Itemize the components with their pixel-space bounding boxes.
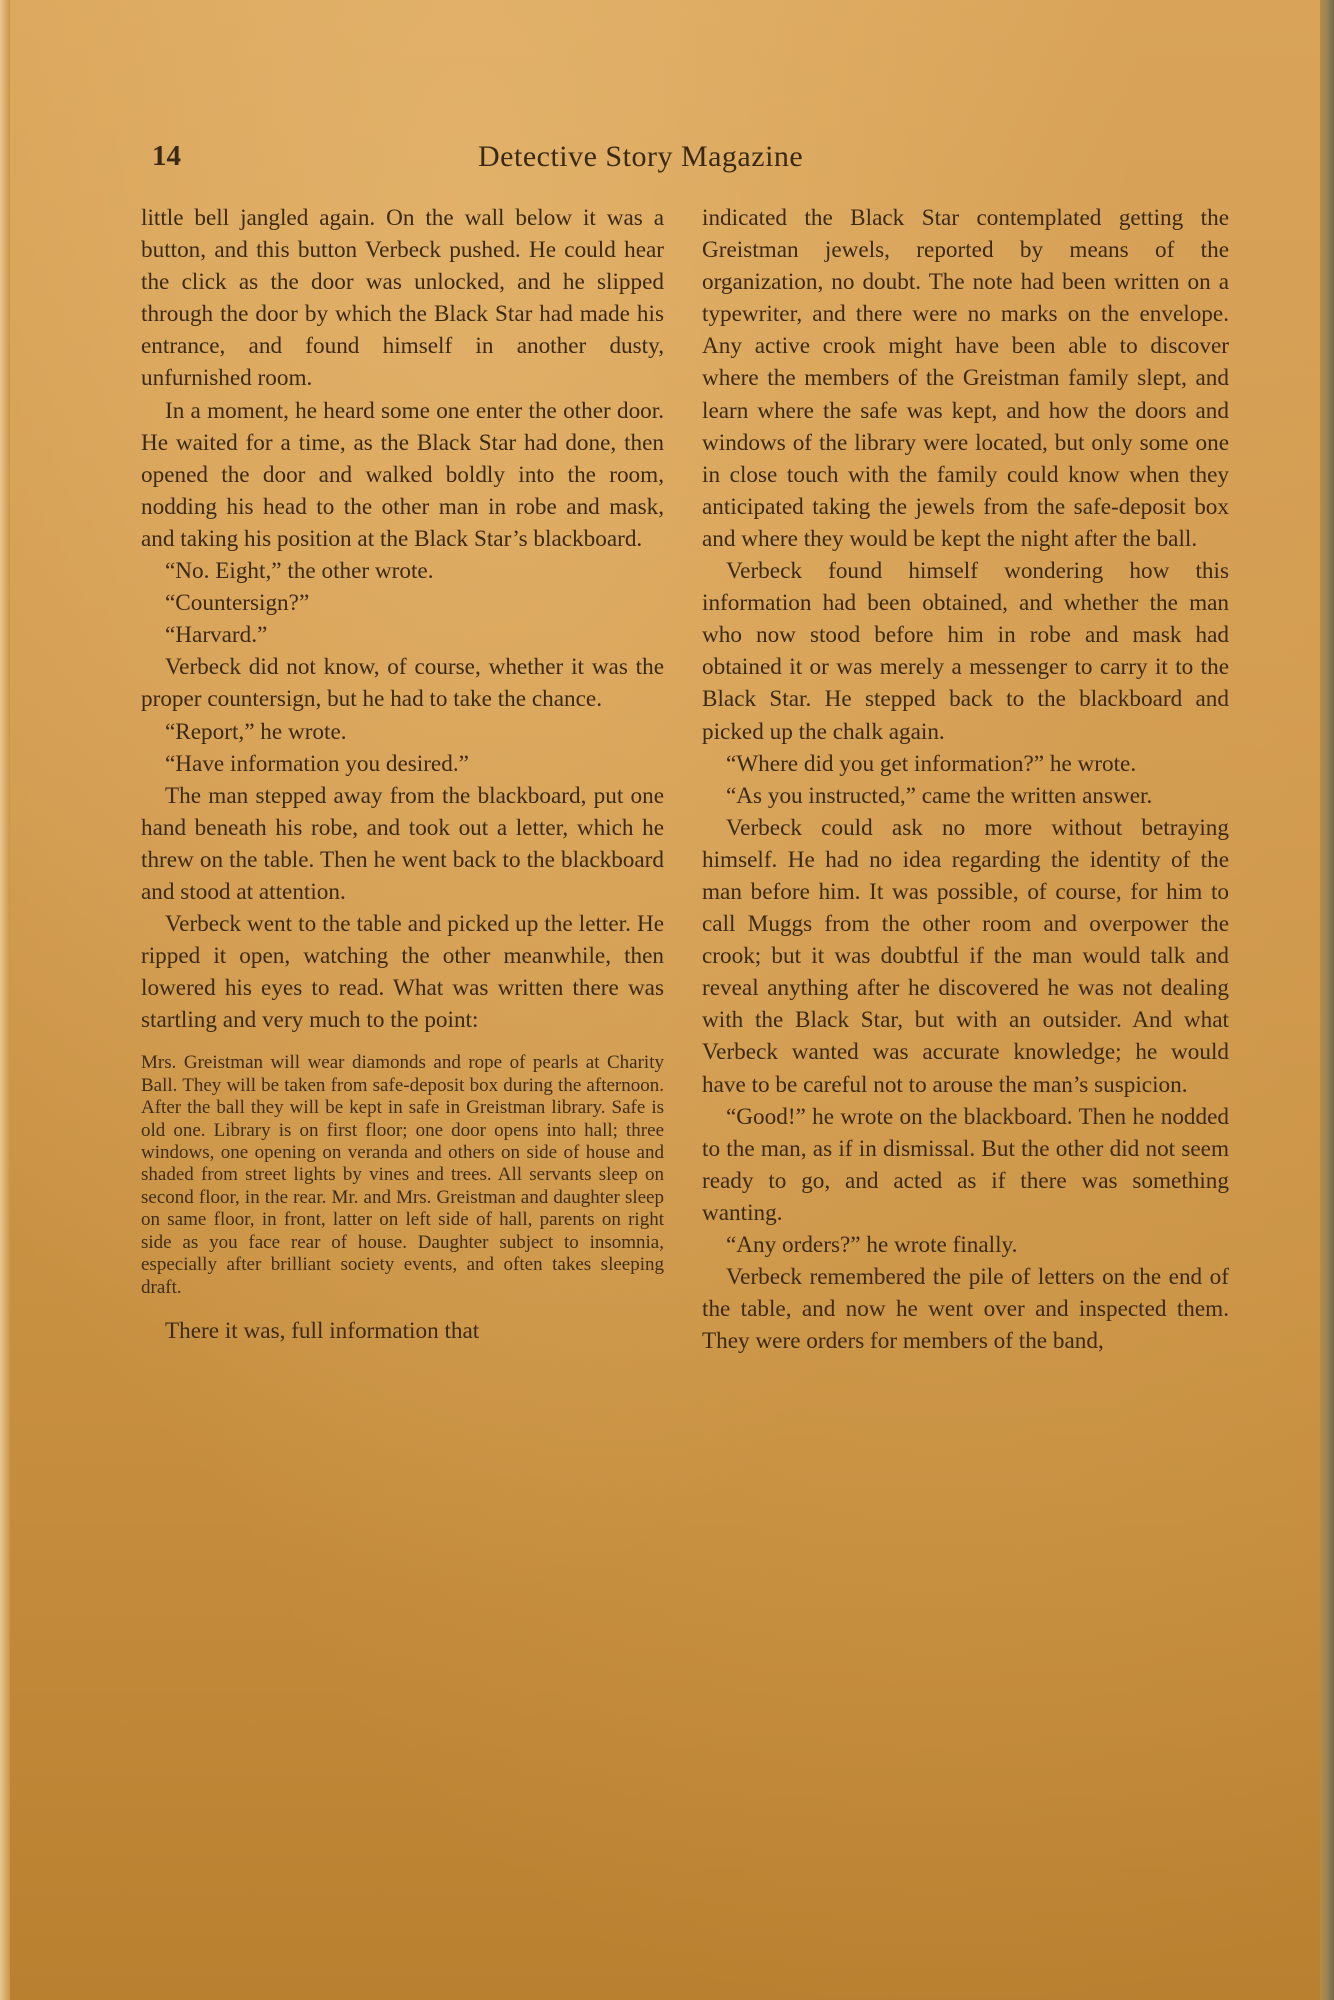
right-column: indicated the Black Star contemplated ge… — [702, 202, 1229, 1357]
paragraph: Verbeck did not know, of course, whether… — [141, 651, 664, 715]
dialogue-line: “Countersign?” — [141, 587, 664, 619]
dialogue-line: “Any orders?” he wrote finally. — [702, 1229, 1229, 1261]
paragraph: “Good!” he wrote on the blackboard. Then… — [702, 1101, 1229, 1229]
left-column: little bell jangled again. On the wall b… — [141, 202, 664, 1347]
paragraph: Verbeck could ask no more without betray… — [702, 812, 1229, 1101]
paragraph: The man stepped away from the blackboard… — [141, 780, 664, 908]
running-title: Detective Story Magazine — [478, 140, 803, 174]
dialogue-line: “No. Eight,” the other wrote. — [141, 555, 664, 587]
page-binding-edge — [0, 0, 10, 2000]
paragraph: There it was, full information that — [141, 1315, 664, 1347]
paragraph: In a moment, he heard some one enter the… — [141, 395, 664, 555]
page-header: 14 Detective Story Magazine — [0, 140, 1334, 180]
page-number: 14 — [152, 140, 181, 173]
dialogue-line: “Report,” he wrote. — [141, 716, 664, 748]
quoted-letter: Mrs. Greistman will wear diamonds and ro… — [141, 1052, 664, 1298]
paragraph: Verbeck remembered the pile of letters o… — [702, 1261, 1229, 1357]
magazine-page: 14 Detective Story Magazine little bell … — [0, 0, 1334, 2000]
dialogue-line: “Where did you get information?” he wrot… — [702, 748, 1229, 780]
paragraph: Verbeck found himself wondering how this… — [702, 555, 1229, 748]
page-outer-edge — [1320, 0, 1334, 2000]
dialogue-line: “Harvard.” — [141, 619, 664, 651]
dialogue-line: “As you instructed,” came the written an… — [702, 780, 1229, 812]
paragraph: Verbeck went to the table and picked up … — [141, 908, 664, 1036]
paragraph: indicated the Black Star contemplated ge… — [702, 202, 1229, 555]
dialogue-line: “Have information you desired.” — [141, 748, 664, 780]
paragraph: little bell jangled again. On the wall b… — [141, 202, 664, 395]
